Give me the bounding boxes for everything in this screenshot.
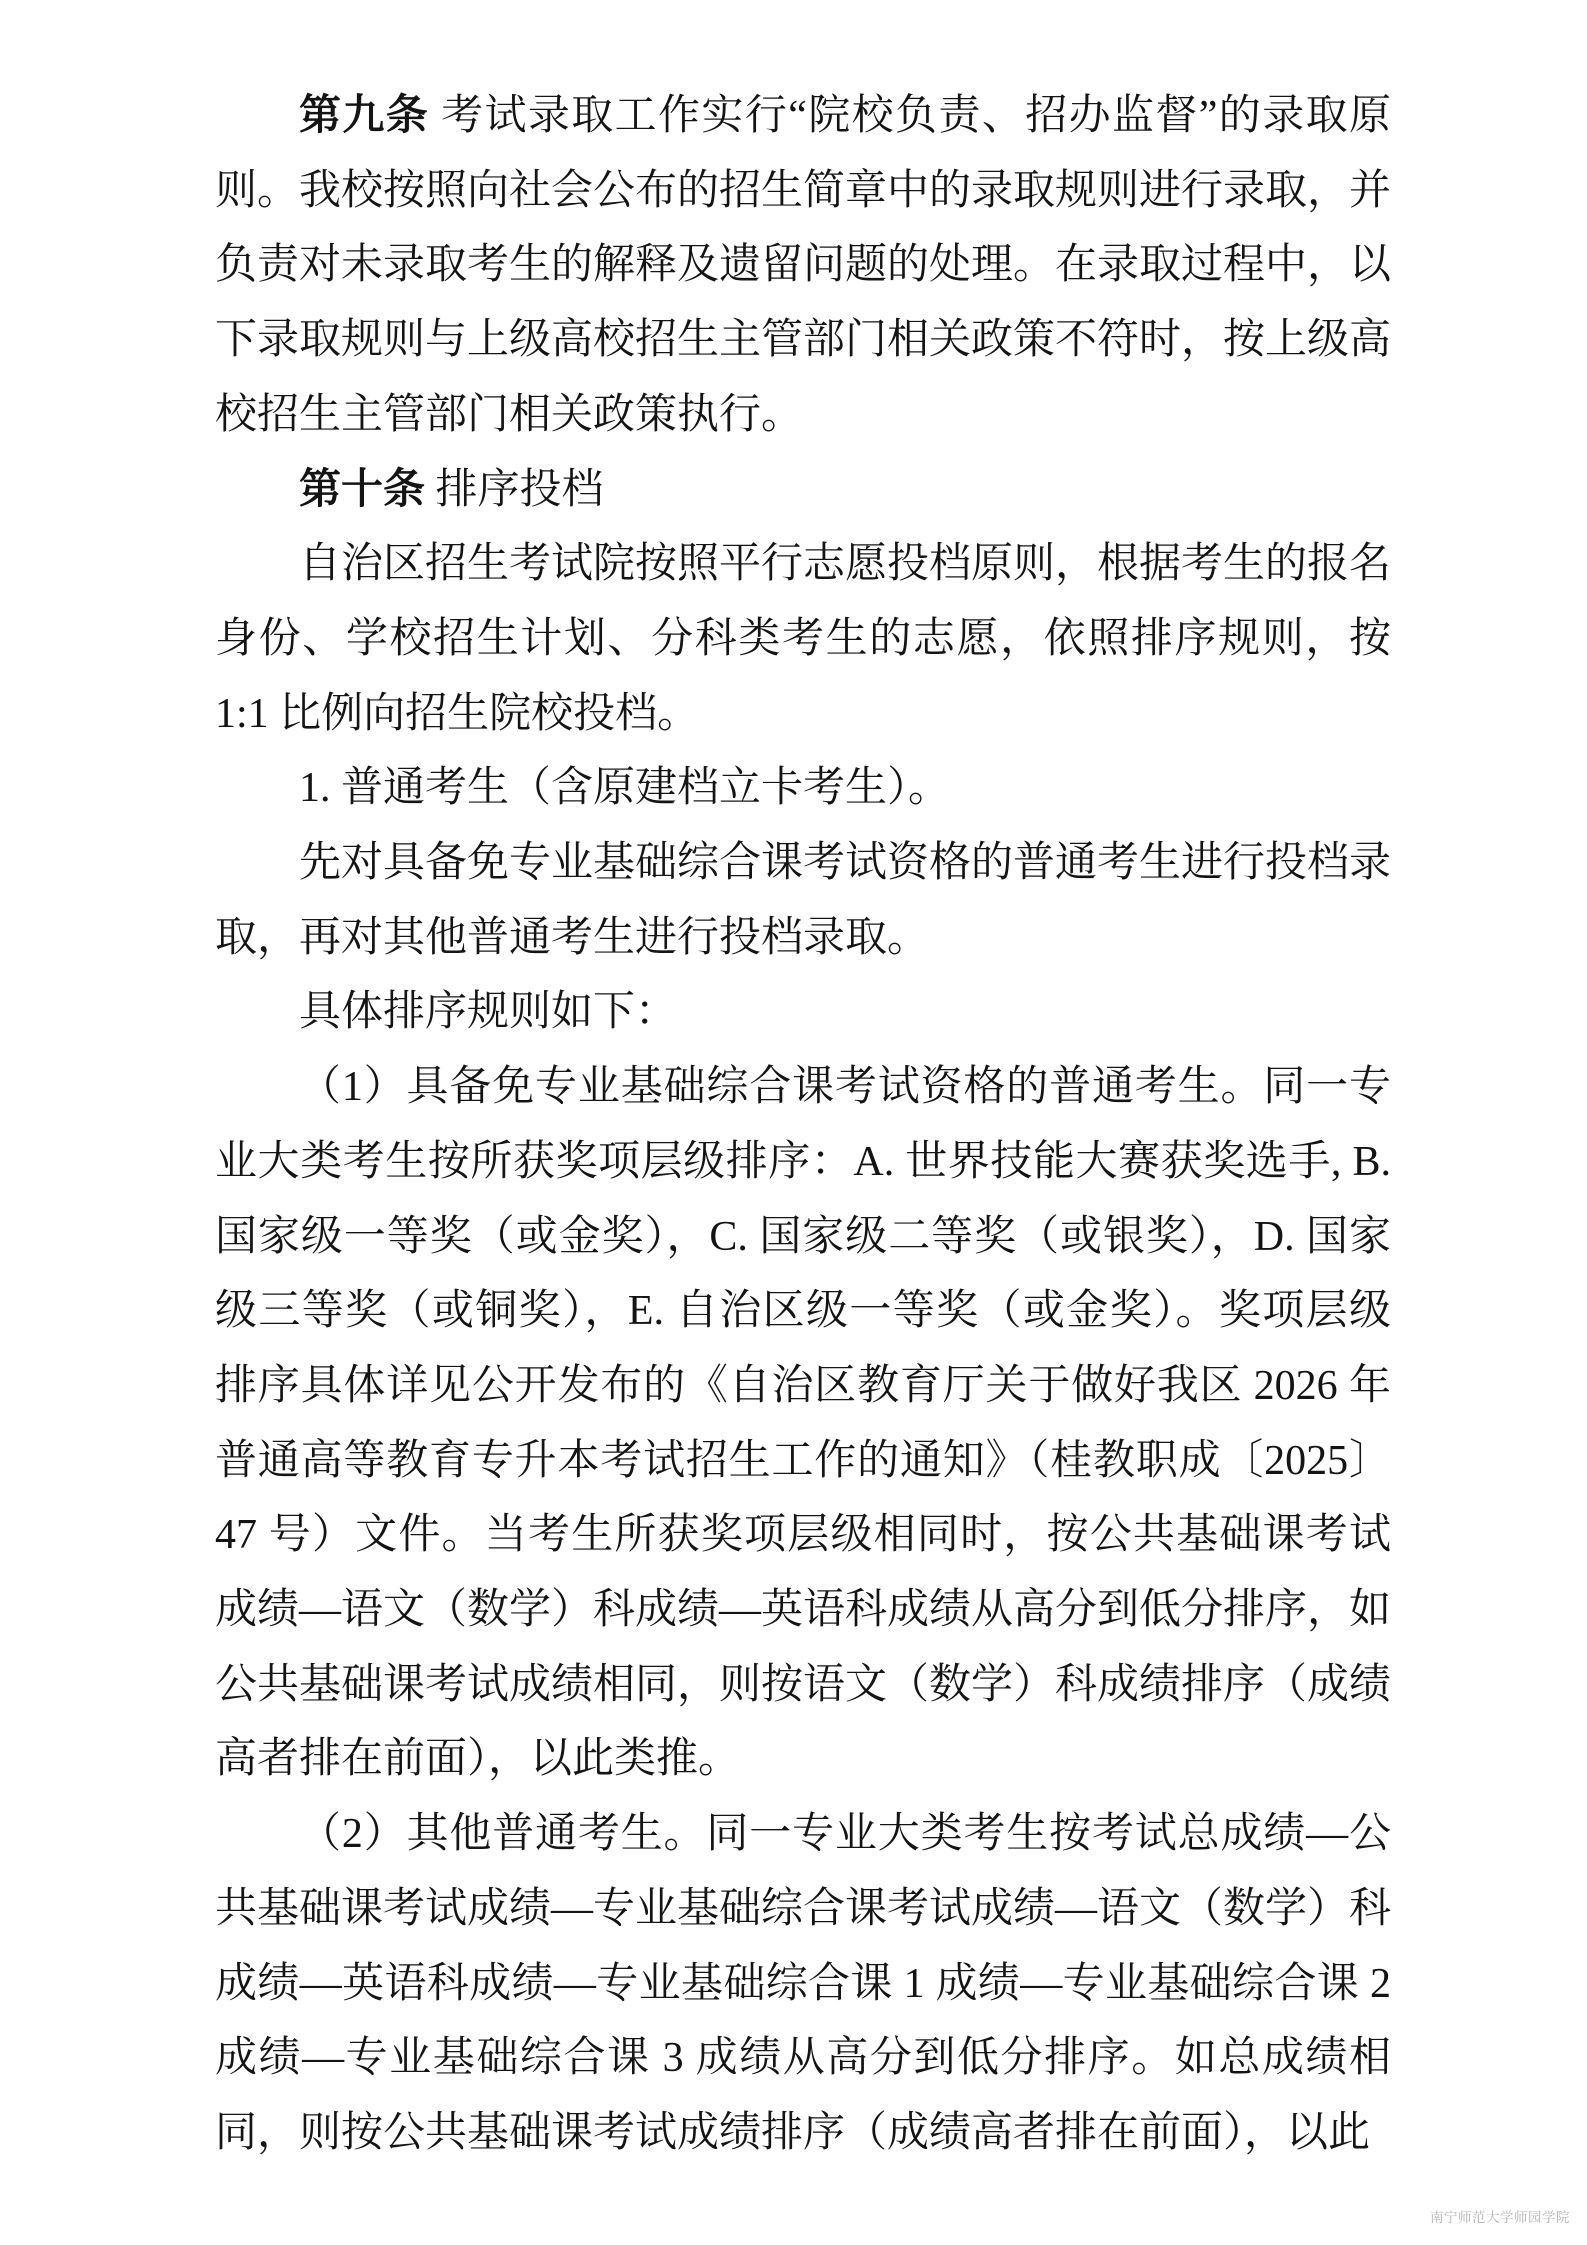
paragraph: 先对具备免专业基础综合课考试资格的普通考生进行投档录取，再对其他普通考生进行投档…: [215, 826, 1391, 975]
paragraph-text: （1）具备免专业基础综合课考试资格的普通考生。同一专业大类考生按所获奖项层级排序…: [215, 1064, 1391, 1782]
paragraph: 第十条 排序投档: [215, 453, 1391, 528]
paragraph-text: 考试录取工作实行“院校负责、招办监督”的录取原则。我校按照向社会公布的招生简章中…: [215, 93, 1391, 438]
paragraph-text: 排序投档: [425, 467, 604, 513]
paragraph: 具体排序规则如下：: [215, 975, 1391, 1050]
paragraph: 自治区招生考试院按照平行志愿投档原则，根据考生的报名身份、学校招生计划、分科类考…: [215, 527, 1391, 751]
article-number: 第九条: [299, 93, 429, 139]
paragraph-text: 先对具备免专业基础综合课考试资格的普通考生进行投档录取，再对其他普通考生进行投档…: [215, 840, 1391, 961]
paragraph: （2）其他普通考生。同一专业大类考生按考试总成绩—公共基础课考试成绩—专业基础综…: [215, 1797, 1391, 2171]
document-text: 第九条 考试录取工作实行“院校负责、招办监督”的录取原则。我校按照向社会公布的招…: [215, 79, 1391, 2171]
paragraph-text: （2）其他普通考生。同一专业大类考生按考试总成绩—公共基础课考试成绩—专业基础综…: [215, 1811, 1391, 2156]
paragraph-text: 1. 普通考生（含原建档立卡考生）。: [299, 765, 950, 811]
paragraph: 第九条 考试录取工作实行“院校负责、招办监督”的录取原则。我校按照向社会公布的招…: [215, 79, 1391, 453]
article-number: 第十条: [299, 467, 425, 513]
paragraph: （1）具备免专业基础综合课考试资格的普通考生。同一专业大类考生按所获奖项层级排序…: [215, 1050, 1391, 1797]
watermark-text: 南宁师范大学师园学院: [1430, 2206, 1570, 2226]
document-page: 第九条 考试录取工作实行“院校负责、招办监督”的录取原则。我校按照向社会公布的招…: [0, 0, 1587, 2245]
paragraph-text: 自治区招生考试院按照平行志愿投档原则，根据考生的报名身份、学校招生计划、分科类考…: [215, 541, 1391, 736]
paragraph-text: 具体排序规则如下：: [299, 989, 677, 1035]
paragraph: 1. 普通考生（含原建档立卡考生）。: [215, 751, 1391, 826]
